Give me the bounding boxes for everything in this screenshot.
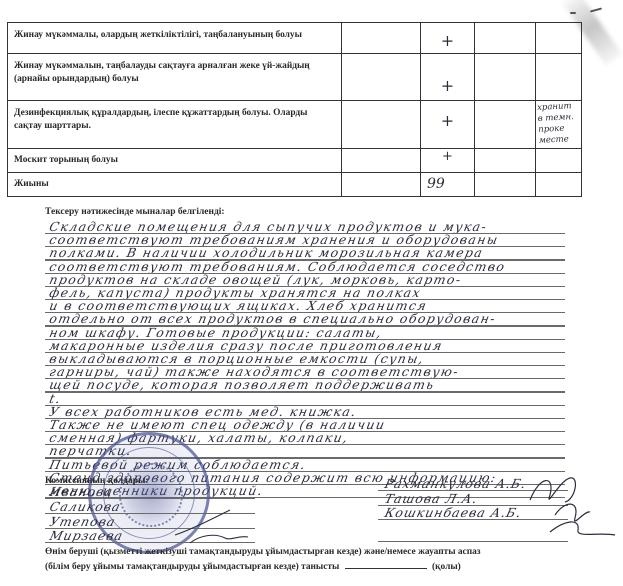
note-cell <box>536 149 582 173</box>
value-cell <box>342 23 421 54</box>
total-label: Жиыны <box>8 173 342 197</box>
plus-mark: + <box>421 111 474 130</box>
value-cell <box>475 23 536 54</box>
findings-title: Тексеру нәтижесінде мыналар белгіленді: <box>45 207 225 217</box>
criterion-cell: Жинау мүкәммалы, олардың жеткіліктілігі,… <box>8 23 342 54</box>
signature-line <box>378 541 568 542</box>
mark-cell: + <box>421 149 475 173</box>
signature-scribble <box>170 505 250 545</box>
value-cell <box>475 173 536 197</box>
mark-cell: + <box>421 23 475 54</box>
value-cell <box>342 173 421 197</box>
table-row: Жинау мүкәммалын, таңбалауды сақтауға ар… <box>8 54 582 101</box>
handwritten-note: хранит в темн. проке месте <box>537 101 575 147</box>
value-cell <box>475 149 536 173</box>
footer-line-2-text: (білім беру ұйымы тамақтандыруды ұйымдас… <box>45 562 339 572</box>
mark-cell: + <box>421 101 475 149</box>
commission-member-signature: Ташова Л.А. <box>383 491 479 506</box>
table-row-total: Жиыны 99 <box>8 173 582 197</box>
footer-line-2: (білім беру ұйымы тамақтандыруды ұйымдас… <box>45 559 605 574</box>
plus-mark: + <box>421 76 474 95</box>
note-cell <box>536 54 582 101</box>
value-cell <box>342 101 421 149</box>
footer-line-1: Өнім беруші (қызметті жеткізуші тамақтан… <box>45 546 605 559</box>
total-value-cell: 99 <box>421 173 475 197</box>
inspection-act-page: Жинау мүкәммалы, олардың жеткіліктілігі,… <box>0 0 623 586</box>
commission-member-signature: Утепова <box>48 514 117 529</box>
value-cell <box>475 101 536 149</box>
table-row: Москит торының болуы + <box>8 149 582 173</box>
mark-cell: + <box>421 54 475 101</box>
table-row: Жинау мүкәммалы, олардың жеткіліктілігі,… <box>8 23 582 54</box>
value-cell <box>475 54 536 101</box>
table-row: Дезинфекциялық құралдардың, ілеспе құжат… <box>8 101 582 149</box>
note-cell <box>536 173 582 197</box>
total-score: 99 <box>427 176 474 192</box>
findings-line: щей посуде, которая позволяет поддержива… <box>48 378 571 392</box>
commission-member-signature: Саликова <box>48 499 122 514</box>
acknowledgement-footer: Өнім беруші (қызметті жеткізуші тамақтан… <box>45 546 605 574</box>
commission-member-signature: Иванова <box>48 484 115 499</box>
value-cell <box>342 54 421 101</box>
plus-mark: + <box>421 149 474 164</box>
signature-scribble <box>520 470 620 540</box>
signature-caption: (қолы) <box>432 562 461 572</box>
value-cell <box>342 149 421 173</box>
commission-member-signature: Рахманкулова А.Б. <box>383 476 528 491</box>
note-cell: хранит в темн. проке месте <box>536 101 582 149</box>
signature-blank <box>345 559 427 569</box>
scan-mark <box>570 12 576 14</box>
commission-member-signature: Кошкинбаева А.Б. <box>383 505 523 520</box>
commission-member-signature: Мирзаева <box>48 528 125 543</box>
note-cell <box>536 23 582 54</box>
criterion-cell: Москит торының болуы <box>8 149 342 173</box>
inspection-checklist-table: Жинау мүкәммалы, олардың жеткіліктілігі,… <box>7 22 582 197</box>
criterion-cell: Дезинфекциялық құралдардың, ілеспе құжат… <box>8 101 342 149</box>
plus-mark: + <box>421 31 474 50</box>
scan-mark <box>590 7 602 12</box>
criterion-cell: Жинау мүкәммалын, таңбалауды сақтауға ар… <box>8 54 342 101</box>
note-line: месте <box>539 134 576 147</box>
